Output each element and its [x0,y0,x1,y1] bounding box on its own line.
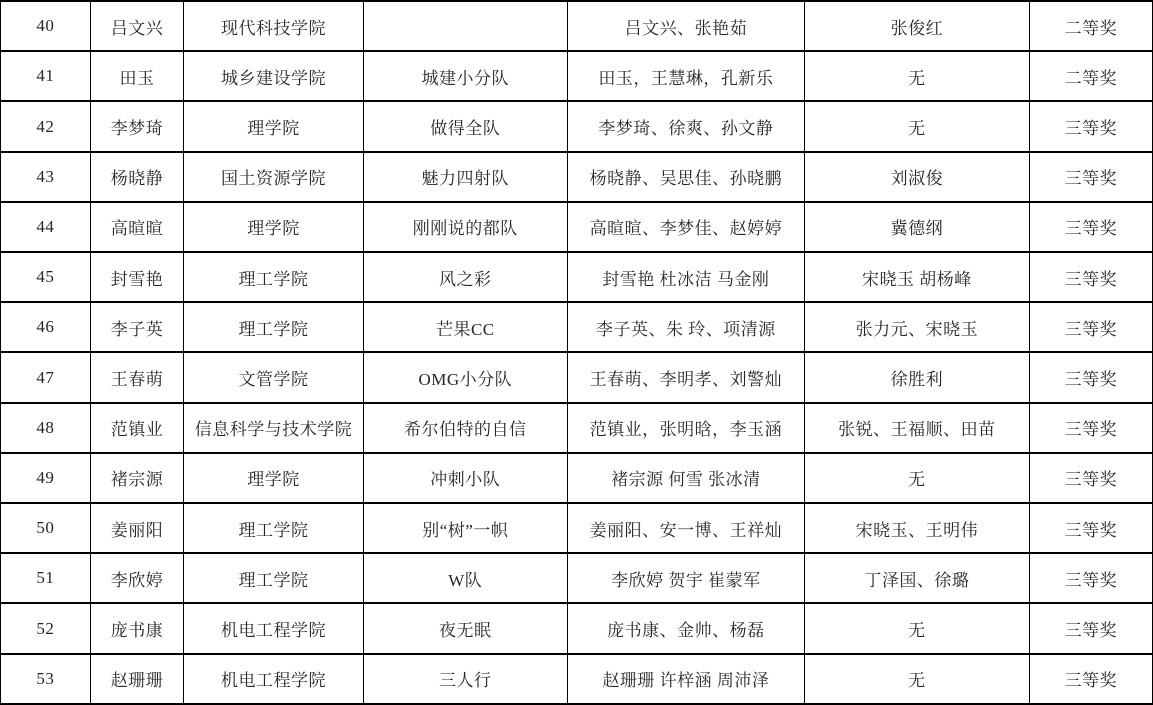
cell-no: 43 [1,152,91,202]
cell-members: 田玉，王慧琳，孔新乐 [567,51,804,101]
award-table-body: 40 吕文兴 现代科技学院 吕文兴、张艳茹 张俊红 二等奖 41 田玉 城乡建设… [1,1,1153,704]
cell-name: 李梦琦 [90,101,183,151]
table-row: 52 庞书康 机电工程学院 夜无眠 庞书康、金帅、杨磊 无 三等奖 [1,603,1153,653]
cell-advisor: 徐胜利 [805,352,1030,402]
cell-award: 三等奖 [1029,101,1152,151]
table-row: 42 李梦琦 理学院 做得全队 李梦琦、徐爽、孙文静 无 三等奖 [1,101,1153,151]
cell-name: 赵珊珊 [90,654,183,704]
cell-name: 高暄暄 [90,202,183,252]
cell-award: 三等奖 [1029,603,1152,653]
cell-members: 李子英、朱 玲、项清源 [567,302,804,352]
cell-name: 李子英 [90,302,183,352]
cell-team: 三人行 [363,654,567,704]
cell-members: 杨晓静、吴思佳、孙晓鹏 [567,152,804,202]
cell-college: 理学院 [184,202,364,252]
cell-college: 机电工程学院 [184,654,364,704]
cell-no: 50 [1,503,91,553]
cell-college: 国土资源学院 [184,152,364,202]
cell-members: 褚宗源 何雪 张冰清 [567,453,804,503]
table-row: 50 姜丽阳 理工学院 别“树”一帜 姜丽阳、安一博、王祥灿 宋晓玉、王明伟 三… [1,503,1153,553]
cell-college: 信息科学与技术学院 [184,403,364,453]
cell-no: 40 [1,1,91,51]
cell-college: 理学院 [184,453,364,503]
cell-name: 吕文兴 [90,1,183,51]
cell-college: 文管学院 [184,352,364,402]
cell-college: 理工学院 [184,503,364,553]
cell-advisor: 无 [805,654,1030,704]
cell-members: 赵珊珊 许梓涵 周沛泽 [567,654,804,704]
table-row: 40 吕文兴 现代科技学院 吕文兴、张艳茹 张俊红 二等奖 [1,1,1153,51]
table-row: 53 赵珊珊 机电工程学院 三人行 赵珊珊 许梓涵 周沛泽 无 三等奖 [1,654,1153,704]
cell-advisor: 丁泽国、徐璐 [805,553,1030,603]
cell-award: 三等奖 [1029,202,1152,252]
cell-award: 三等奖 [1029,152,1152,202]
table-row: 41 田玉 城乡建设学院 城建小分队 田玉，王慧琳，孔新乐 无 二等奖 [1,51,1153,101]
table-row: 47 王春萌 文管学院 OMG小分队 王春萌、李明孝、刘警灿 徐胜利 三等奖 [1,352,1153,402]
cell-college: 机电工程学院 [184,603,364,653]
cell-name: 封雪艳 [90,252,183,302]
cell-team: OMG小分队 [363,352,567,402]
cell-team: 城建小分队 [363,51,567,101]
cell-name: 王春萌 [90,352,183,402]
cell-advisor: 无 [805,603,1030,653]
cell-members: 王春萌、李明孝、刘警灿 [567,352,804,402]
cell-team: 芒果CC [363,302,567,352]
cell-advisor: 冀德纲 [805,202,1030,252]
cell-team: 风之彩 [363,252,567,302]
cell-advisor: 宋晓玉 胡杨峰 [805,252,1030,302]
cell-award: 三等奖 [1029,453,1152,503]
cell-award: 三等奖 [1029,352,1152,402]
cell-name: 庞书康 [90,603,183,653]
cell-no: 53 [1,654,91,704]
cell-award: 三等奖 [1029,654,1152,704]
cell-advisor: 无 [805,453,1030,503]
cell-no: 52 [1,603,91,653]
table-row: 46 李子英 理工学院 芒果CC 李子英、朱 玲、项清源 张力元、宋晓玉 三等奖 [1,302,1153,352]
award-table: 40 吕文兴 现代科技学院 吕文兴、张艳茹 张俊红 二等奖 41 田玉 城乡建设… [0,0,1153,705]
cell-advisor: 张锐、王福顺、田苗 [805,403,1030,453]
cell-advisor: 张俊红 [805,1,1030,51]
cell-members: 封雪艳 杜冰洁 马金刚 [567,252,804,302]
cell-team: 做得全队 [363,101,567,151]
cell-no: 45 [1,252,91,302]
table-row: 45 封雪艳 理工学院 风之彩 封雪艳 杜冰洁 马金刚 宋晓玉 胡杨峰 三等奖 [1,252,1153,302]
cell-college: 理工学院 [184,252,364,302]
cell-college: 理工学院 [184,553,364,603]
cell-team: 冲刺小队 [363,453,567,503]
cell-award: 三等奖 [1029,252,1152,302]
cell-members: 吕文兴、张艳茹 [567,1,804,51]
cell-award: 二等奖 [1029,1,1152,51]
cell-college: 城乡建设学院 [184,51,364,101]
cell-members: 李欣婷 贺宇 崔蒙军 [567,553,804,603]
cell-name: 杨晓静 [90,152,183,202]
cell-advisor: 宋晓玉、王明伟 [805,503,1030,553]
cell-no: 49 [1,453,91,503]
cell-award: 二等奖 [1029,51,1152,101]
cell-award: 三等奖 [1029,503,1152,553]
table-row: 43 杨晓静 国土资源学院 魅力四射队 杨晓静、吴思佳、孙晓鹏 刘淑俊 三等奖 [1,152,1153,202]
cell-team: W队 [363,553,567,603]
cell-name: 田玉 [90,51,183,101]
cell-college: 理工学院 [184,302,364,352]
cell-members: 姜丽阳、安一博、王祥灿 [567,503,804,553]
cell-no: 51 [1,553,91,603]
cell-no: 42 [1,101,91,151]
cell-team: 魅力四射队 [363,152,567,202]
cell-team: 夜无眠 [363,603,567,653]
cell-no: 44 [1,202,91,252]
cell-advisor: 无 [805,51,1030,101]
cell-members: 高暄暄、李梦佳、赵婷婷 [567,202,804,252]
cell-advisor: 张力元、宋晓玉 [805,302,1030,352]
cell-advisor: 刘淑俊 [805,152,1030,202]
cell-award: 三等奖 [1029,553,1152,603]
cell-name: 褚宗源 [90,453,183,503]
cell-team: 希尔伯特的自信 [363,403,567,453]
cell-name: 李欣婷 [90,553,183,603]
cell-members: 庞书康、金帅、杨磊 [567,603,804,653]
cell-college: 现代科技学院 [184,1,364,51]
cell-no: 41 [1,51,91,101]
table-row: 48 范镇业 信息科学与技术学院 希尔伯特的自信 范镇业，张明晗，李玉涵 张锐、… [1,403,1153,453]
cell-award: 三等奖 [1029,403,1152,453]
cell-members: 李梦琦、徐爽、孙文静 [567,101,804,151]
cell-no: 48 [1,403,91,453]
table-row: 51 李欣婷 理工学院 W队 李欣婷 贺宇 崔蒙军 丁泽国、徐璐 三等奖 [1,553,1153,603]
cell-members: 范镇业，张明晗，李玉涵 [567,403,804,453]
cell-name: 姜丽阳 [90,503,183,553]
cell-no: 47 [1,352,91,402]
table-row: 44 高暄暄 理学院 刚刚说的都队 高暄暄、李梦佳、赵婷婷 冀德纲 三等奖 [1,202,1153,252]
cell-award: 三等奖 [1029,302,1152,352]
cell-name: 范镇业 [90,403,183,453]
cell-team: 别“树”一帜 [363,503,567,553]
cell-no: 46 [1,302,91,352]
cell-advisor: 无 [805,101,1030,151]
cell-team: 刚刚说的都队 [363,202,567,252]
table-row: 49 褚宗源 理学院 冲刺小队 褚宗源 何雪 张冰清 无 三等奖 [1,453,1153,503]
cell-team [363,1,567,51]
cell-college: 理学院 [184,101,364,151]
